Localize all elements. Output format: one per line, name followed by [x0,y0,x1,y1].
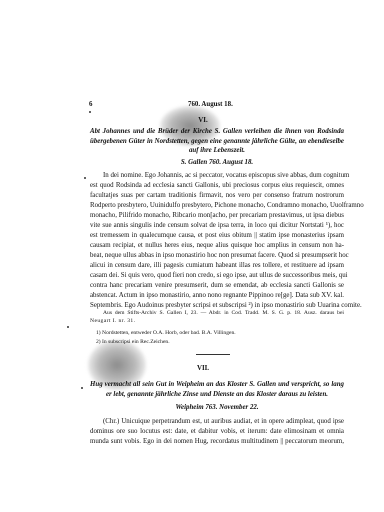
doc6-body-line: contra hanc precariam venire presumserit… [90,282,344,290]
doc6-body-line: casam dei. Si quis vero, quod fieri non … [90,272,344,280]
doc6-body-line: est quod Rodsinda ad ecclesia sancti Gal… [90,182,344,190]
doc6-body-line: Rodperto presbytero, Uuinidulfo presbyte… [90,202,344,210]
doc6-body-line: alicui in censum dare, illi pagesis cumi… [90,262,344,270]
doc6-summary-line: übergebenen Güter in Nordstetten, gegen … [90,138,344,146]
doc6-source-line: Aus dem Stifts-Archiv S. Gallen I, 23. —… [103,309,344,317]
doc6-body-line: facultatjes suas per cartam traditionis … [90,192,344,200]
doc6-summary-line: auf ihre Lebenszeit. [90,147,344,155]
doc7-summary-line: er lebt, genannte jährliche Zinse und Di… [90,391,344,399]
section-divider [196,354,230,355]
document-page: 6 760. August 18. VI. Abt Johannes und d… [0,0,384,512]
footnote: 2) In subscripsi ein Rec.Zeichen. [96,338,170,346]
doc6-body-line: monacho, Pilifrido monacho, Ribcario mon… [90,212,344,220]
doc6-place-date: S. Gallen 760. August 18. [90,159,344,167]
doc6-body-line: causam recipiat, et nullus heres eius, n… [90,242,344,250]
doc7-body-line: munda sunt vobis. Ego in dei nomen Hug, … [90,438,344,446]
doc7-number: VII. [0,365,384,373]
doc6-body-line: In dei nomine. Ego Johannis, ac si pecca… [103,172,344,180]
page-number: 6 [89,101,92,109]
scan-speck [67,326,69,328]
doc6-source-line: Neugart I. nr. 31. [90,317,135,325]
footnote: 1) Nordstetten, entweder O.A. Horb, oder… [96,329,236,337]
doc6-summary-line: Abt Johannes und die Brüder der Kirche S… [90,128,344,136]
doc7-place-date: Weipheim 763. November 22. [90,404,344,412]
scan-speck [89,111,91,113]
doc6-body-line: beat, neque ullus abbas in ipso monastir… [90,252,344,260]
doc6-body-line: vite sue annis singulis inde censum solv… [90,222,344,230]
scan-speck [84,177,86,179]
doc7-summary-line: Hug vermacht all sein Gut in Weipheim an… [90,381,344,389]
doc6-body-line: abstencat. Actum in ipso monastirio, ann… [90,292,344,300]
running-title: 760. August 18. [188,101,233,109]
doc7-body-line: (Chr.) Unicuique perpetrandum est, ut au… [103,418,344,426]
doc7-body-line: dominus ore suo locutus est: date, et da… [90,428,344,436]
doc6-number: VI. [0,117,384,125]
doc6-body-line: est tremessem in qualecumque causa, et p… [90,232,344,240]
scan-speck [81,387,83,389]
